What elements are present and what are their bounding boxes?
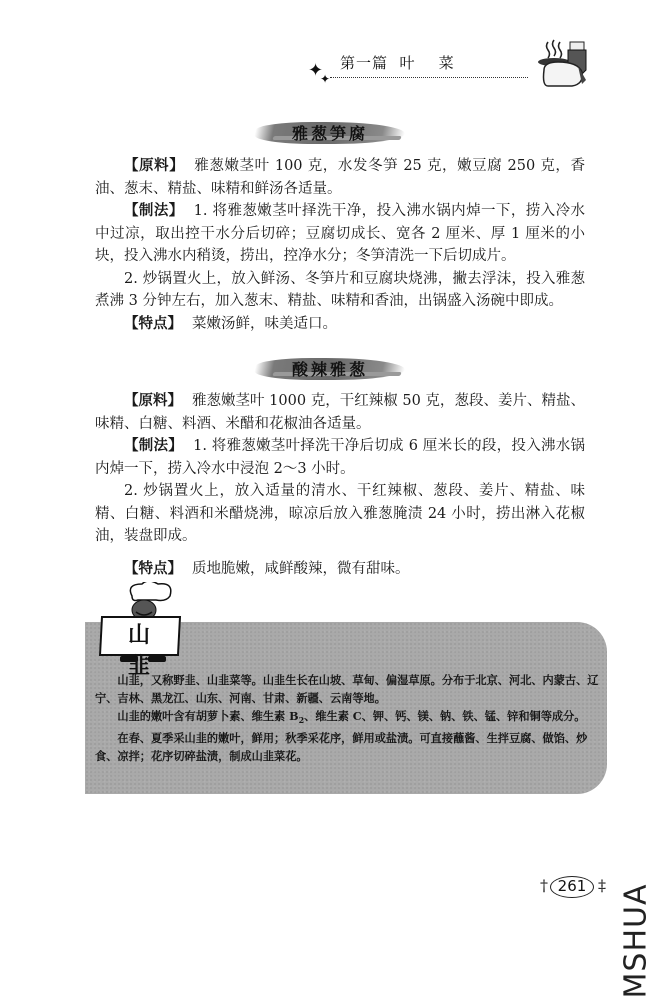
page-number: 261	[550, 876, 594, 898]
recipe-title-banner: 雅葱笋腐	[255, 116, 405, 150]
info-paragraph: 在春、夏季采山韭的嫩叶，鲜用；秋季采花序，鲜用或盐渍。可直接蘸酱、生拌豆腐、做馅…	[95, 729, 600, 765]
recipe-title-banner: 酸辣雅葱	[255, 352, 405, 386]
info-paragraph: 山韭，又称野韭、山韭菜等。山韭生长在山坡、草甸、偏湿草原。分布于北京、河北、内蒙…	[95, 671, 600, 707]
info-paragraph: 山韭的嫩叶含有胡萝卜素、维生素 B2、维生素 C、钾、钙、镁、钠、铁、锰、锌和铜…	[95, 707, 600, 729]
watermark: MSHUA	[606, 886, 664, 996]
chef-logo-icon	[534, 36, 594, 94]
features-text: 菜嫩汤鲜，味美适口。	[192, 316, 337, 332]
nutrition-text: 、维生素 C、钾、钙、镁、钠、铁、锰、锌和铜等成分。	[304, 709, 585, 723]
page-number-badge: † 261 ‡	[540, 876, 610, 898]
features-paragraph: 【特点】菜嫩汤鲜，味美适口。	[95, 313, 585, 336]
method-label: 【制法】	[124, 203, 184, 219]
method-step-text: 2. 炒锅置火上，放入鲜汤、冬笋片和豆腐块烧沸，撇去浮沫，投入雅葱煮沸 3 分钟…	[95, 271, 585, 310]
spoon-icon: †	[540, 876, 548, 895]
method-step: 2. 炒锅置火上，放入适量的清水、干红辣椒、葱段、姜片、精盐、味精、白糖、料酒和…	[95, 480, 585, 548]
info-text: 山韭，又称野韭、山韭菜等。山韭生长在山坡、草甸、偏湿草原。分布于北京、河北、内蒙…	[95, 671, 600, 765]
recipe-title: 雅葱笋腐	[255, 121, 405, 144]
method-step: 【制法】1. 将雅葱嫩茎叶择洗干净，投入沸水锅内焯一下，捞入冷水中过凉，取出控干…	[95, 200, 585, 268]
recipe-body: 【原料】雅葱嫩茎叶 1000 克，干红辣椒 50 克，葱段、姜片、精盐、味精、白…	[95, 390, 585, 580]
method-step-text: 2. 炒锅置火上，放入适量的清水、干红辣椒、葱段、姜片、精盐、味精、白糖、料酒和…	[95, 483, 585, 544]
ingredients-label: 【原料】	[124, 393, 182, 409]
ingredients-label: 【原料】	[124, 158, 184, 174]
method-step: 【制法】1. 将雅葱嫩茎叶择洗干净后切成 6 厘米长的段，投入沸水锅内焯一下，捞…	[95, 435, 585, 480]
sparkle-icon: ✦	[320, 70, 330, 88]
dotted-divider	[330, 77, 528, 78]
recipe-body: 【原料】雅葱嫩茎叶 100 克，水发冬笋 25 克，嫩豆腐 250 克，香油、葱…	[95, 155, 585, 335]
features-text: 质地脆嫩，咸鲜酸辣，微有甜味。	[192, 561, 410, 577]
ingredients-paragraph: 【原料】雅葱嫩茎叶 100 克，水发冬笋 25 克，嫩豆腐 250 克，香油、葱…	[95, 155, 585, 200]
features-label: 【特点】	[124, 316, 182, 332]
watermark-text: MSHUA	[619, 884, 654, 999]
method-label: 【制法】	[124, 438, 183, 454]
fork-icon: ‡	[598, 876, 606, 895]
recipe-title: 酸辣雅葱	[255, 357, 405, 380]
method-step: 2. 炒锅置火上，放入鲜汤、冬笋片和豆腐块烧沸，撇去浮沫，投入雅葱煮沸 3 分钟…	[95, 268, 585, 313]
nutrition-text: 山韭的嫩叶含有胡萝卜素、维生素 B	[117, 709, 298, 723]
features-paragraph: 【特点】质地脆嫩，咸鲜酸辣，微有甜味。	[95, 558, 585, 581]
ingredients-paragraph: 【原料】雅葱嫩茎叶 1000 克，干红辣椒 50 克，葱段、姜片、精盐、味精、白…	[95, 390, 585, 435]
page-header: ✦ ✦ 第一篇 叶 菜	[300, 42, 640, 92]
chapter-title: 第一篇 叶 菜	[340, 52, 455, 73]
features-label: 【特点】	[124, 561, 182, 577]
